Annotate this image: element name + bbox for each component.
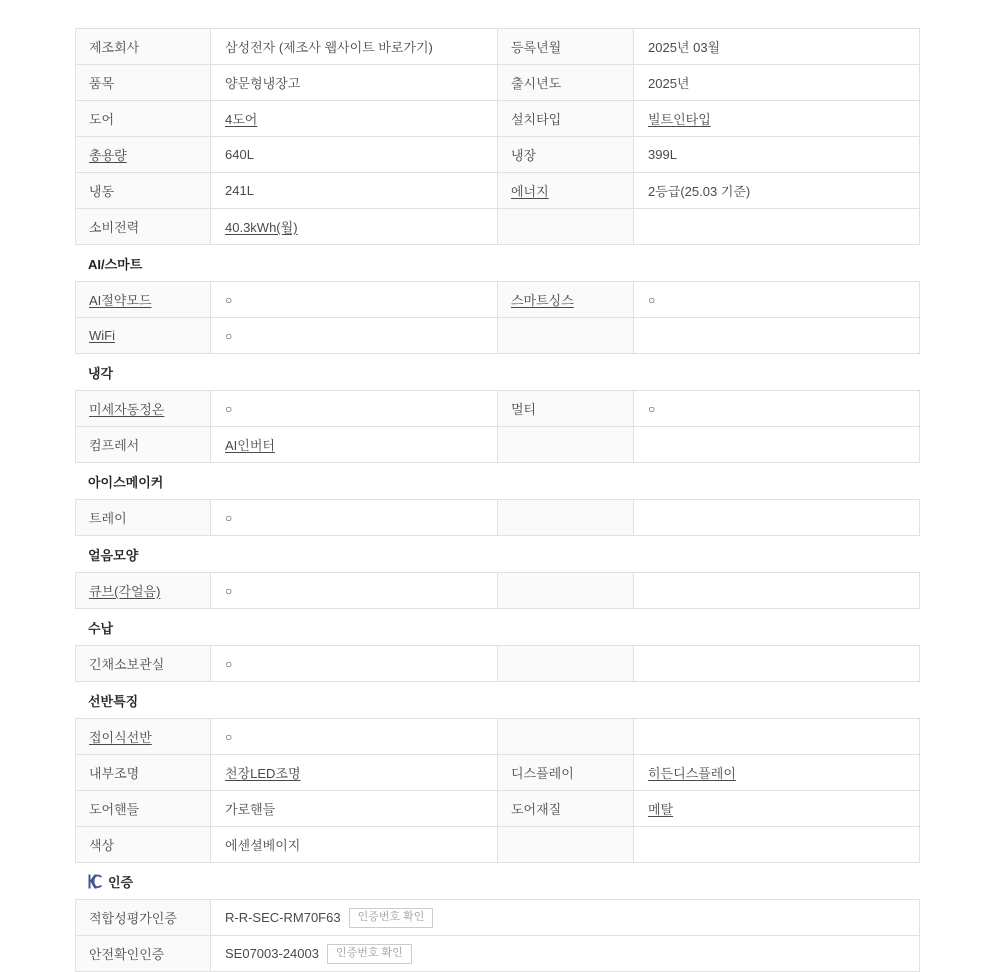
section-header: 아이스메이커 xyxy=(75,463,920,499)
section-header-label: 인증 xyxy=(108,872,133,891)
spec-label: 등록년월 xyxy=(511,37,561,56)
table-row: 미세자동정온○멀티○ xyxy=(76,391,920,427)
spec-link[interactable]: WiFi xyxy=(89,328,115,343)
spec-value-cell xyxy=(634,318,920,354)
spec-label-cell: 색상 xyxy=(76,827,211,863)
table-row: 품목양문형냉장고출시년도2025년 xyxy=(76,65,920,101)
section-header: 냉각 xyxy=(75,354,920,390)
spec-label-cell: 에너지 xyxy=(498,173,634,209)
table-row: AI절약모드○스마트싱스○ xyxy=(76,282,920,318)
spec-section: 제조회사삼성전자 (제조사 웹사이트 바로가기)등록년월2025년 03월품목양… xyxy=(75,28,920,245)
section-header-label: 아이스메이커 xyxy=(88,472,163,491)
spec-label: 도어재질 xyxy=(511,799,561,818)
spec-link[interactable]: 히든디스플레이 xyxy=(648,763,736,782)
spec-value-cell: 2025년 xyxy=(634,65,920,101)
table-row: 도어4도어설치타입빌트인타입 xyxy=(76,101,920,137)
spec-value: 삼성전자 (제조사 웹사이트 바로가기) xyxy=(225,37,433,56)
spec-value: 가로핸들 xyxy=(225,799,275,818)
spec-label-cell: 컴프레서 xyxy=(76,427,211,463)
section-header-label: 냉각 xyxy=(88,363,113,382)
spec-value-cell: 빌트인타입 xyxy=(634,101,920,137)
spec-label-cell: 멀티 xyxy=(498,391,634,427)
spec-value: 2등급(25.03 기준) xyxy=(648,181,750,200)
spec-label-cell: 도어핸들 xyxy=(76,791,211,827)
spec-label-cell: 도어재질 xyxy=(498,791,634,827)
spec-label: 설치타입 xyxy=(511,109,561,128)
spec-value: 640L xyxy=(225,147,254,162)
spec-label-cell: 소비전력 xyxy=(76,209,211,245)
spec-label-cell: WiFi xyxy=(76,318,211,354)
spec-link[interactable]: AI인버터 xyxy=(225,435,275,454)
spec-label: 트레이 xyxy=(89,508,127,527)
circle-mark: ○ xyxy=(225,329,232,343)
spec-value: 241L xyxy=(225,183,254,198)
spec-label-cell xyxy=(498,573,634,609)
spec-value-cell: ○ xyxy=(634,282,920,318)
spec-section: 트레이○ xyxy=(75,499,920,536)
spec-label: 냉장 xyxy=(511,145,536,164)
spec-label-cell xyxy=(498,827,634,863)
section-header: 수납 xyxy=(75,609,920,645)
spec-label: 적합성평가인증 xyxy=(89,908,177,927)
spec-label-cell: 도어 xyxy=(76,101,211,137)
circle-mark: ○ xyxy=(225,657,232,671)
spec-label-cell: 안전확인인증 xyxy=(76,936,211,972)
circle-mark: ○ xyxy=(648,402,655,416)
spec-value-cell: 에센셜베이지 xyxy=(211,827,498,863)
spec-label-cell: 내부조명 xyxy=(76,755,211,791)
section-header: 선반특징 xyxy=(75,682,920,718)
table-row: 냉동241L에너지2등급(25.03 기준) xyxy=(76,173,920,209)
table-row: WiFi○ xyxy=(76,318,920,354)
spec-value-cell: 메탈 xyxy=(634,791,920,827)
spec-value-cell: 640L xyxy=(211,137,498,173)
cert-verify-button[interactable]: 인증번호 확인 xyxy=(349,908,434,928)
circle-mark: ○ xyxy=(225,584,232,598)
spec-link[interactable]: 메탈 xyxy=(648,799,673,818)
spec-label: 도어 xyxy=(89,109,114,128)
spec-label: 안전확인인증 xyxy=(89,944,164,963)
spec-value-cell: AI인버터 xyxy=(211,427,498,463)
section-header: 얼음모양 xyxy=(75,536,920,572)
table-row: 접이식선반○ xyxy=(76,719,920,755)
spec-label-cell: 미세자동정온 xyxy=(76,391,211,427)
table-row: 내부조명천장LED조명디스플레이히든디스플레이 xyxy=(76,755,920,791)
spec-value-cell: 399L xyxy=(634,137,920,173)
product-spec-table: 제조회사삼성전자 (제조사 웹사이트 바로가기)등록년월2025년 03월품목양… xyxy=(75,28,920,972)
spec-label-cell: AI절약모드 xyxy=(76,282,211,318)
spec-link[interactable]: 총용량 xyxy=(89,145,127,164)
table-row: 적합성평가인증R-R-SEC-RM70F63인증번호 확인 xyxy=(76,900,920,936)
spec-label-cell xyxy=(498,209,634,245)
table-row: 색상에센셜베이지 xyxy=(76,827,920,863)
spec-value: 에센셜베이지 xyxy=(225,835,300,854)
circle-mark: ○ xyxy=(225,730,232,744)
circle-mark: ○ xyxy=(648,293,655,307)
spec-label-cell: 긴채소보관실 xyxy=(76,646,211,682)
circle-mark: ○ xyxy=(225,402,232,416)
table-row: 안전확인인증SE07003-24003인증번호 확인 xyxy=(76,936,920,972)
spec-link[interactable]: 에너지 xyxy=(511,181,549,200)
spec-value-cell: 천장LED조명 xyxy=(211,755,498,791)
spec-value-cell: 40.3kWh(월) xyxy=(211,209,498,245)
cert-code: SE07003-24003 xyxy=(225,946,319,961)
spec-label-cell: 트레이 xyxy=(76,500,211,536)
cert-code: R-R-SEC-RM70F63 xyxy=(225,910,341,925)
spec-link[interactable]: 천장LED조명 xyxy=(225,763,301,782)
spec-label-cell: 출시년도 xyxy=(498,65,634,101)
spec-value-cell: 양문형냉장고 xyxy=(211,65,498,101)
spec-value-cell: SE07003-24003인증번호 확인 xyxy=(211,936,920,972)
spec-link[interactable]: 큐브(각얼음) xyxy=(89,581,160,600)
spec-section: 긴채소보관실○ xyxy=(75,645,920,682)
spec-value-cell xyxy=(634,827,920,863)
spec-label-cell: 적합성평가인증 xyxy=(76,900,211,936)
spec-value-cell xyxy=(634,646,920,682)
section-header: AI/스마트 xyxy=(75,245,920,281)
kc-certification-icon xyxy=(88,874,102,889)
table-row: 큐브(각얼음)○ xyxy=(76,573,920,609)
spec-label: 멀티 xyxy=(511,399,536,418)
spec-label: 디스플레이 xyxy=(511,763,574,782)
spec-label-cell xyxy=(498,318,634,354)
section-header-label: 얼음모양 xyxy=(88,545,138,564)
table-row: 긴채소보관실○ xyxy=(76,646,920,682)
spec-label-cell xyxy=(498,500,634,536)
spec-label: 소비전력 xyxy=(89,217,139,236)
spec-value-cell: 삼성전자 (제조사 웹사이트 바로가기) xyxy=(211,29,498,65)
spec-label: 품목 xyxy=(89,73,114,92)
spec-value-cell: ○ xyxy=(211,318,498,354)
spec-value-cell: 241L xyxy=(211,173,498,209)
spec-link[interactable]: 40.3kWh(월) xyxy=(225,217,298,236)
spec-value-cell: ○ xyxy=(634,391,920,427)
section-header-label: 선반특징 xyxy=(88,691,138,710)
spec-label: 내부조명 xyxy=(89,763,139,782)
spec-section: 적합성평가인증R-R-SEC-RM70F63인증번호 확인안전확인인증SE070… xyxy=(75,899,920,972)
table-row: 컴프레서AI인버터 xyxy=(76,427,920,463)
spec-label-cell xyxy=(498,719,634,755)
spec-value-cell xyxy=(634,209,920,245)
spec-label-cell: 품목 xyxy=(76,65,211,101)
spec-value-cell: ○ xyxy=(211,719,498,755)
spec-value-cell: ○ xyxy=(211,573,498,609)
spec-section: AI절약모드○스마트싱스○WiFi○ xyxy=(75,281,920,354)
spec-section: 큐브(각얼음)○ xyxy=(75,572,920,609)
spec-value: 2025년 xyxy=(648,73,689,92)
cert-verify-button[interactable]: 인증번호 확인 xyxy=(327,944,412,964)
spec-value-cell xyxy=(634,719,920,755)
spec-section: 미세자동정온○멀티○컴프레서AI인버터 xyxy=(75,390,920,463)
spec-link[interactable]: 빌트인타입 xyxy=(648,109,711,128)
spec-section: 접이식선반○내부조명천장LED조명디스플레이히든디스플레이도어핸들가로핸들도어재… xyxy=(75,718,920,863)
spec-link[interactable]: AI절약모드 xyxy=(89,290,152,309)
spec-label-cell: 큐브(각얼음) xyxy=(76,573,211,609)
spec-value-cell: ○ xyxy=(211,282,498,318)
circle-mark: ○ xyxy=(225,511,232,525)
spec-label-cell: 등록년월 xyxy=(498,29,634,65)
spec-label: 냉동 xyxy=(89,181,114,200)
spec-value-cell: 2025년 03월 xyxy=(634,29,920,65)
spec-label-cell: 총용량 xyxy=(76,137,211,173)
spec-label-cell: 스마트싱스 xyxy=(498,282,634,318)
spec-link[interactable]: 스마트싱스 xyxy=(511,290,574,309)
spec-label-cell: 디스플레이 xyxy=(498,755,634,791)
table-row: 제조회사삼성전자 (제조사 웹사이트 바로가기)등록년월2025년 03월 xyxy=(76,29,920,65)
table-row: 총용량640L냉장399L xyxy=(76,137,920,173)
spec-label-cell: 접이식선반 xyxy=(76,719,211,755)
spec-value-cell: R-R-SEC-RM70F63인증번호 확인 xyxy=(211,900,920,936)
spec-label-cell: 제조회사 xyxy=(76,29,211,65)
spec-value-cell: ○ xyxy=(211,391,498,427)
spec-value-cell: ○ xyxy=(211,500,498,536)
section-header: 인증 xyxy=(75,863,920,899)
spec-label-cell xyxy=(498,646,634,682)
spec-label: 출시년도 xyxy=(511,73,561,92)
spec-value-cell xyxy=(634,427,920,463)
spec-value-cell: 가로핸들 xyxy=(211,791,498,827)
spec-value-cell xyxy=(634,500,920,536)
spec-label: 색상 xyxy=(89,835,114,854)
spec-label: 도어핸들 xyxy=(89,799,139,818)
spec-value-cell: 4도어 xyxy=(211,101,498,137)
spec-label-cell xyxy=(498,427,634,463)
section-header-label: AI/스마트 xyxy=(88,254,142,273)
spec-link[interactable]: 미세자동정온 xyxy=(89,399,164,418)
spec-value-cell xyxy=(634,573,920,609)
spec-link[interactable]: 4도어 xyxy=(225,109,257,128)
spec-value: 양문형냉장고 xyxy=(225,73,300,92)
section-header-label: 수납 xyxy=(88,618,113,637)
spec-label: 제조회사 xyxy=(89,37,139,56)
spec-link[interactable]: 접이식선반 xyxy=(89,727,152,746)
table-row: 소비전력40.3kWh(월) xyxy=(76,209,920,245)
spec-value-cell: ○ xyxy=(211,646,498,682)
spec-label-cell: 설치타입 xyxy=(498,101,634,137)
spec-value-cell: 히든디스플레이 xyxy=(634,755,920,791)
circle-mark: ○ xyxy=(225,293,232,307)
spec-value: 2025년 03월 xyxy=(648,37,720,56)
spec-label: 컴프레서 xyxy=(89,435,139,454)
spec-label-cell: 냉동 xyxy=(76,173,211,209)
table-row: 도어핸들가로핸들도어재질메탈 xyxy=(76,791,920,827)
spec-label-cell: 냉장 xyxy=(498,137,634,173)
spec-value: 399L xyxy=(648,147,677,162)
spec-label: 긴채소보관실 xyxy=(89,654,164,673)
spec-value-cell: 2등급(25.03 기준) xyxy=(634,173,920,209)
table-row: 트레이○ xyxy=(76,500,920,536)
